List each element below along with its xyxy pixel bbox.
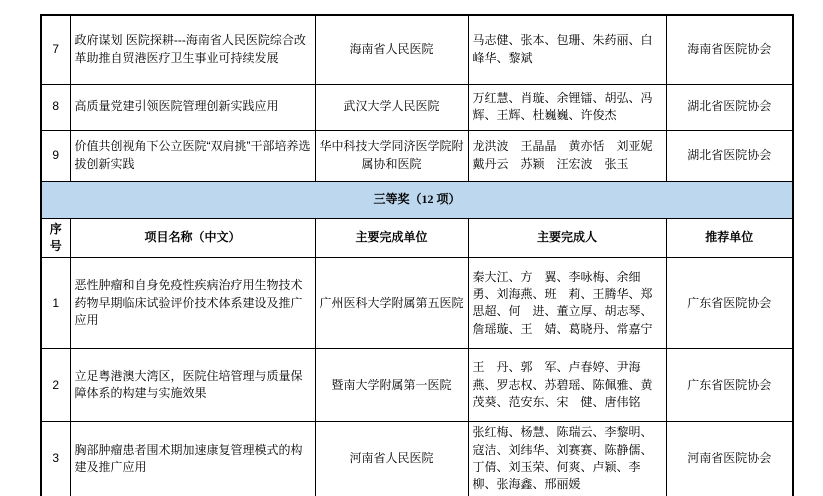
main-contributors: 马志健、张本、包珊、朱药丽、白峰华、黎斌	[468, 15, 666, 84]
recommending-unit: 广东省医院协会	[666, 258, 793, 349]
main-contributors: 张红梅、杨慧、陈瑞云、李黎明、寇洁、刘纬华、刘赛赛、陈静儒、丁倩、刘玉荣、何爽、…	[468, 422, 666, 496]
section-banner-row: 三等奖（12 项）	[41, 181, 793, 218]
column-header-people: 主要完成人	[468, 218, 666, 258]
award-table: 7 政府谋划 医院探耕---海南省人民医院综合改革助推自贸港医疗卫生事业可持续发…	[40, 14, 794, 496]
project-title: 立足粤港澳大湾区，医院住培管理与质量保障体系的构建与实施效果	[70, 349, 315, 422]
main-contributors: 龙洪波 王晶晶 黄亦恬 刘亚妮 戴丹云 苏颖 汪宏波 张玉	[468, 130, 666, 181]
recommending-unit: 湖北省医院协会	[666, 130, 793, 181]
main-contributors: 秦大江、方 翼、李咏梅、余细勇、刘海燕、班 莉、王腾华、郑思超、何 进、董立厚、…	[468, 258, 666, 349]
column-header-row: 序号 项目名称（中文） 主要完成单位 主要完成人 推荐单位	[41, 218, 793, 258]
project-title: 胸部肿瘤患者围术期加速康复管理模式的构建及推广应用	[70, 422, 315, 496]
completing-unit: 华中科技大学同济医学院附属协和医院	[315, 130, 468, 181]
completing-unit: 海南省人民医院	[315, 15, 468, 84]
row-number: 8	[41, 84, 70, 130]
table-row: 2 立足粤港澳大湾区，医院住培管理与质量保障体系的构建与实施效果 暨南大学附属第…	[41, 349, 793, 422]
project-title: 恶性肿瘤和自身免疫性疾病治疗用生物技术药物早期临床试验评价技术体系建设及推广应用	[70, 258, 315, 349]
row-number: 9	[41, 130, 70, 181]
main-contributors: 王 丹、郭 军、卢春婷、尹海燕、罗志权、苏碧瑶、陈佩雅、黄茂葵、范安东、宋 健、…	[468, 349, 666, 422]
main-contributors: 万红慧、肖璇、余锂镭、胡弘、冯辉、王辉、杜巍巍、许俊杰	[468, 84, 666, 130]
table-row: 3 胸部肿瘤患者围术期加速康复管理模式的构建及推广应用 河南省人民医院 张红梅、…	[41, 422, 793, 496]
row-number: 1	[41, 258, 70, 349]
recommending-unit: 河南省医院协会	[666, 422, 793, 496]
project-title: 高质量党建引领医院管理创新实践应用	[70, 84, 315, 130]
column-header-recommender: 推荐单位	[666, 218, 793, 258]
completing-unit: 河南省人民医院	[315, 422, 468, 496]
completing-unit: 广州医科大学附属第五医院	[315, 258, 468, 349]
section-title: 三等奖（12 项）	[41, 181, 793, 218]
recommending-unit: 广东省医院协会	[666, 349, 793, 422]
row-number: 7	[41, 15, 70, 84]
table-row: 8 高质量党建引领医院管理创新实践应用 武汉大学人民医院 万红慧、肖璇、余锂镭、…	[41, 84, 793, 130]
project-title: 价值共创视角下公立医院“双肩挑”干部培养选拔创新实践	[70, 130, 315, 181]
table-row: 7 政府谋划 医院探耕---海南省人民医院综合改革助推自贸港医疗卫生事业可持续发…	[41, 15, 793, 84]
column-header-unit: 主要完成单位	[315, 218, 468, 258]
document-page: 7 政府谋划 医院探耕---海南省人民医院综合改革助推自贸港医疗卫生事业可持续发…	[0, 0, 823, 496]
recommending-unit: 湖北省医院协会	[666, 84, 793, 130]
column-header-title: 项目名称（中文）	[70, 218, 315, 258]
column-header-no: 序号	[41, 218, 70, 258]
completing-unit: 武汉大学人民医院	[315, 84, 468, 130]
project-title: 政府谋划 医院探耕---海南省人民医院综合改革助推自贸港医疗卫生事业可持续发展	[70, 15, 315, 84]
table-row: 1 恶性肿瘤和自身免疫性疾病治疗用生物技术药物早期临床试验评价技术体系建设及推广…	[41, 258, 793, 349]
recommending-unit: 海南省医院协会	[666, 15, 793, 84]
row-number: 3	[41, 422, 70, 496]
table-row: 9 价值共创视角下公立医院“双肩挑”干部培养选拔创新实践 华中科技大学同济医学院…	[41, 130, 793, 181]
row-number: 2	[41, 349, 70, 422]
completing-unit: 暨南大学附属第一医院	[315, 349, 468, 422]
